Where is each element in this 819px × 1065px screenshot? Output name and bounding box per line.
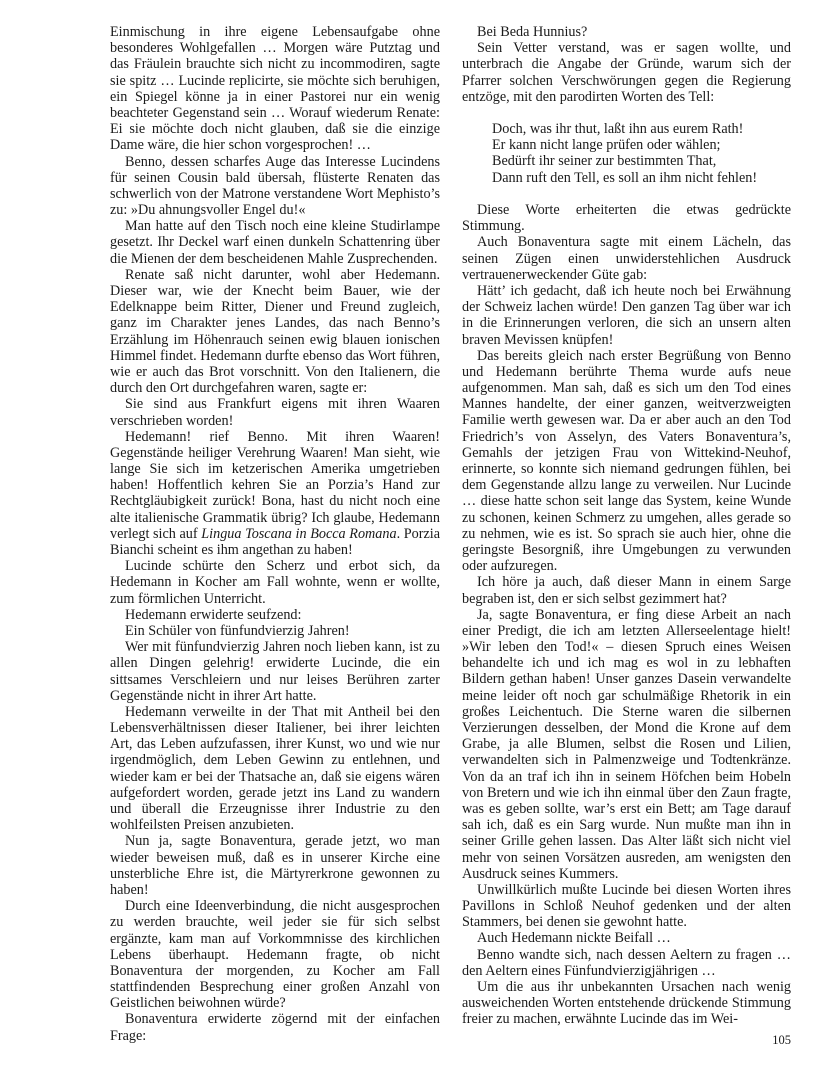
paragraph: Sein Vetter verstand, was er sagen wollt… (462, 40, 791, 105)
paragraph: Das bereits gleich nach erster Begrüßung… (462, 348, 791, 575)
paragraph: Bonaventura erwiderte zögernd mit der ei… (110, 1011, 440, 1043)
paragraph: Ich höre ja auch, daß dieser Mann in ein… (462, 574, 791, 606)
book-page: Einmischung in ihre eigene Lebensaufgabe… (0, 0, 819, 1065)
paragraph: Sie sind aus Frankfurt eigens mit ihren … (110, 396, 440, 428)
paragraph: Wer mit fünfundvierzig Jahren noch liebe… (110, 639, 440, 704)
paragraph: Hedemann erwiderte seufzend: (110, 607, 440, 623)
page-number: 105 (760, 1033, 791, 1047)
paragraph: Hedemann! rief Benno. Mit ihren Waaren! … (110, 429, 440, 559)
paragraph: Auch Hedemann nickte Beifall … (462, 930, 791, 946)
paragraph: Hedemann verweilte in der That mit Anthe… (110, 704, 440, 834)
italic-title: Lingua Toscana in Bocca Romana (201, 526, 396, 542)
paragraph: Lucinde schürte den Scherz und erbot sic… (110, 558, 440, 607)
paragraph: Hätt’ ich gedacht, daß ich heute noch be… (462, 283, 791, 348)
paragraph: Benno wandte sich, nach dessen Aeltern z… (462, 947, 791, 979)
verse-line: Doch, was ihr thut, laßt ihn aus eurem R… (492, 121, 791, 137)
paragraph: Bei Beda Hunnius? (462, 24, 791, 40)
paragraph: Ein Schüler von fünfundvierzig Jahren! (110, 623, 440, 639)
verse-line: Dann ruft den Tell, es soll an ihm nicht… (492, 170, 791, 186)
paragraph: Benno, dessen scharfes Auge das Interess… (110, 154, 440, 219)
paragraph: Auch Bonaventura sagte mit einem Lächeln… (462, 234, 791, 283)
left-column: Einmischung in ihre eigene Lebensaufgabe… (110, 24, 440, 1044)
paragraph: Man hatte auf den Tisch noch eine kleine… (110, 218, 440, 267)
paragraph: Nun ja, sagte Bonaventura, gerade jetzt,… (110, 833, 440, 898)
paragraph: Diese Worte erheiterten die etwas gedrüc… (462, 202, 791, 234)
right-column: Bei Beda Hunnius? Sein Vetter verstand, … (462, 24, 791, 1028)
paragraph: Einmischung in ihre eigene Lebensaufgabe… (110, 24, 440, 154)
verse-line: Er kann nicht lange prüfen oder wählen; (492, 137, 791, 153)
paragraph: Ja, sagte Bonaventura, er fing diese Arb… (462, 607, 791, 882)
verse-line: Bedürft ihr seiner zur bestimmten That, (492, 153, 791, 169)
paragraph: Durch eine Ideenverbindung, die nicht au… (110, 898, 440, 1011)
paragraph: Renate saß nicht darunter, wohl aber Hed… (110, 267, 440, 397)
paragraph: Um die aus ihr unbekannten Ursachen nach… (462, 979, 791, 1028)
paragraph: Unwillkürlich mußte Lucinde bei diesen W… (462, 882, 791, 931)
verse-quote: Doch, was ihr thut, laßt ihn aus eurem R… (492, 121, 791, 186)
